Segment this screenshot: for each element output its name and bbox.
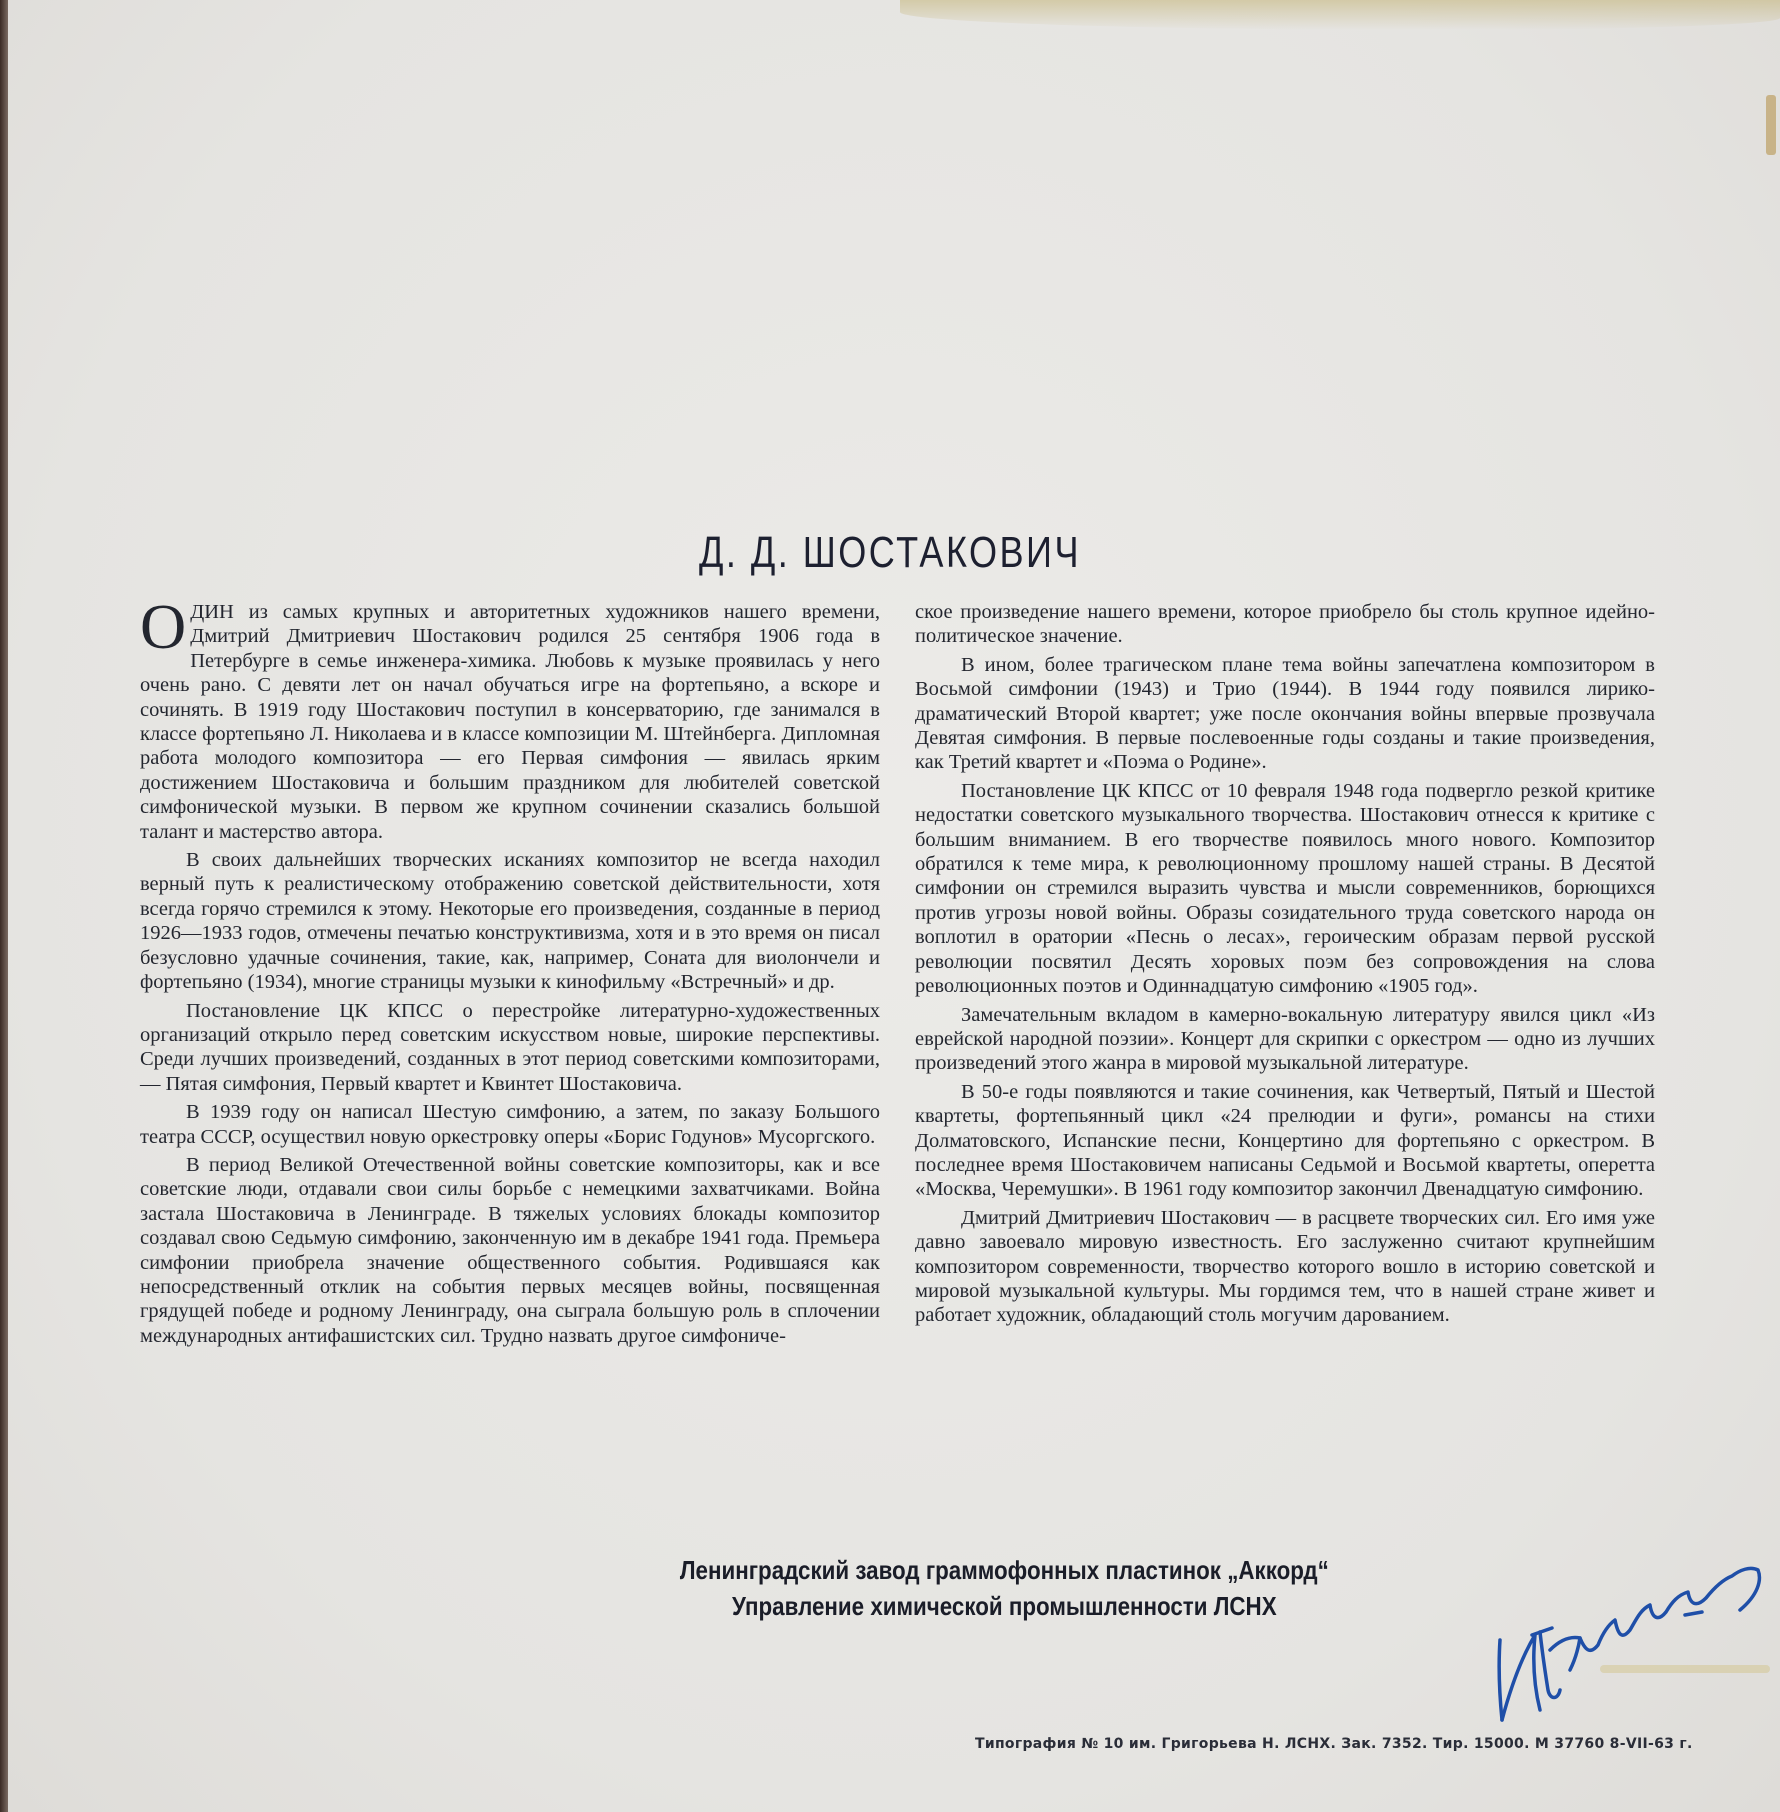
left-column: ОДИН из самых крупных и авторитетных худ… [140,600,880,1352]
paragraph: Дмитрий Дмитриевич Шостакович — в расцве… [915,1206,1655,1328]
paragraph: В своих дальнейших творческих исканиях к… [140,848,880,994]
sleeve-edge [0,0,8,1812]
paragraph: В ином, более трагическом плане тема вой… [915,653,1655,775]
paragraph: Постановление ЦК КПСС от 10 февраля 1948… [915,779,1655,999]
paragraph: Замечательным вкладом в камерно-вокальну… [915,1003,1655,1076]
paragraph: ОДИН из самых крупных и авторитетных худ… [140,600,880,844]
tape-stain [1766,95,1776,155]
paragraph: ское произведение нашего времени, которо… [915,600,1655,649]
drop-cap: О [140,602,186,652]
right-column: ское произведение нашего времени, которо… [915,600,1655,1332]
paragraph: В период Великой Отечественной войны сов… [140,1153,880,1348]
paragraph: Постановление ЦК КПСС о перестройке лите… [140,999,880,1097]
handwritten-signature-icon [1440,1540,1780,1740]
paragraph: В 50-е годы появляются и такие сочинения… [915,1080,1655,1202]
printer-imprint: Типография № 10 им. Григорьева Н. ЛСНХ. … [975,1736,1693,1752]
page-title: Д. Д. ШОСТАКОВИЧ [160,528,1620,578]
paragraph: В 1939 году он написал Шестую симфонию, … [140,1100,880,1149]
